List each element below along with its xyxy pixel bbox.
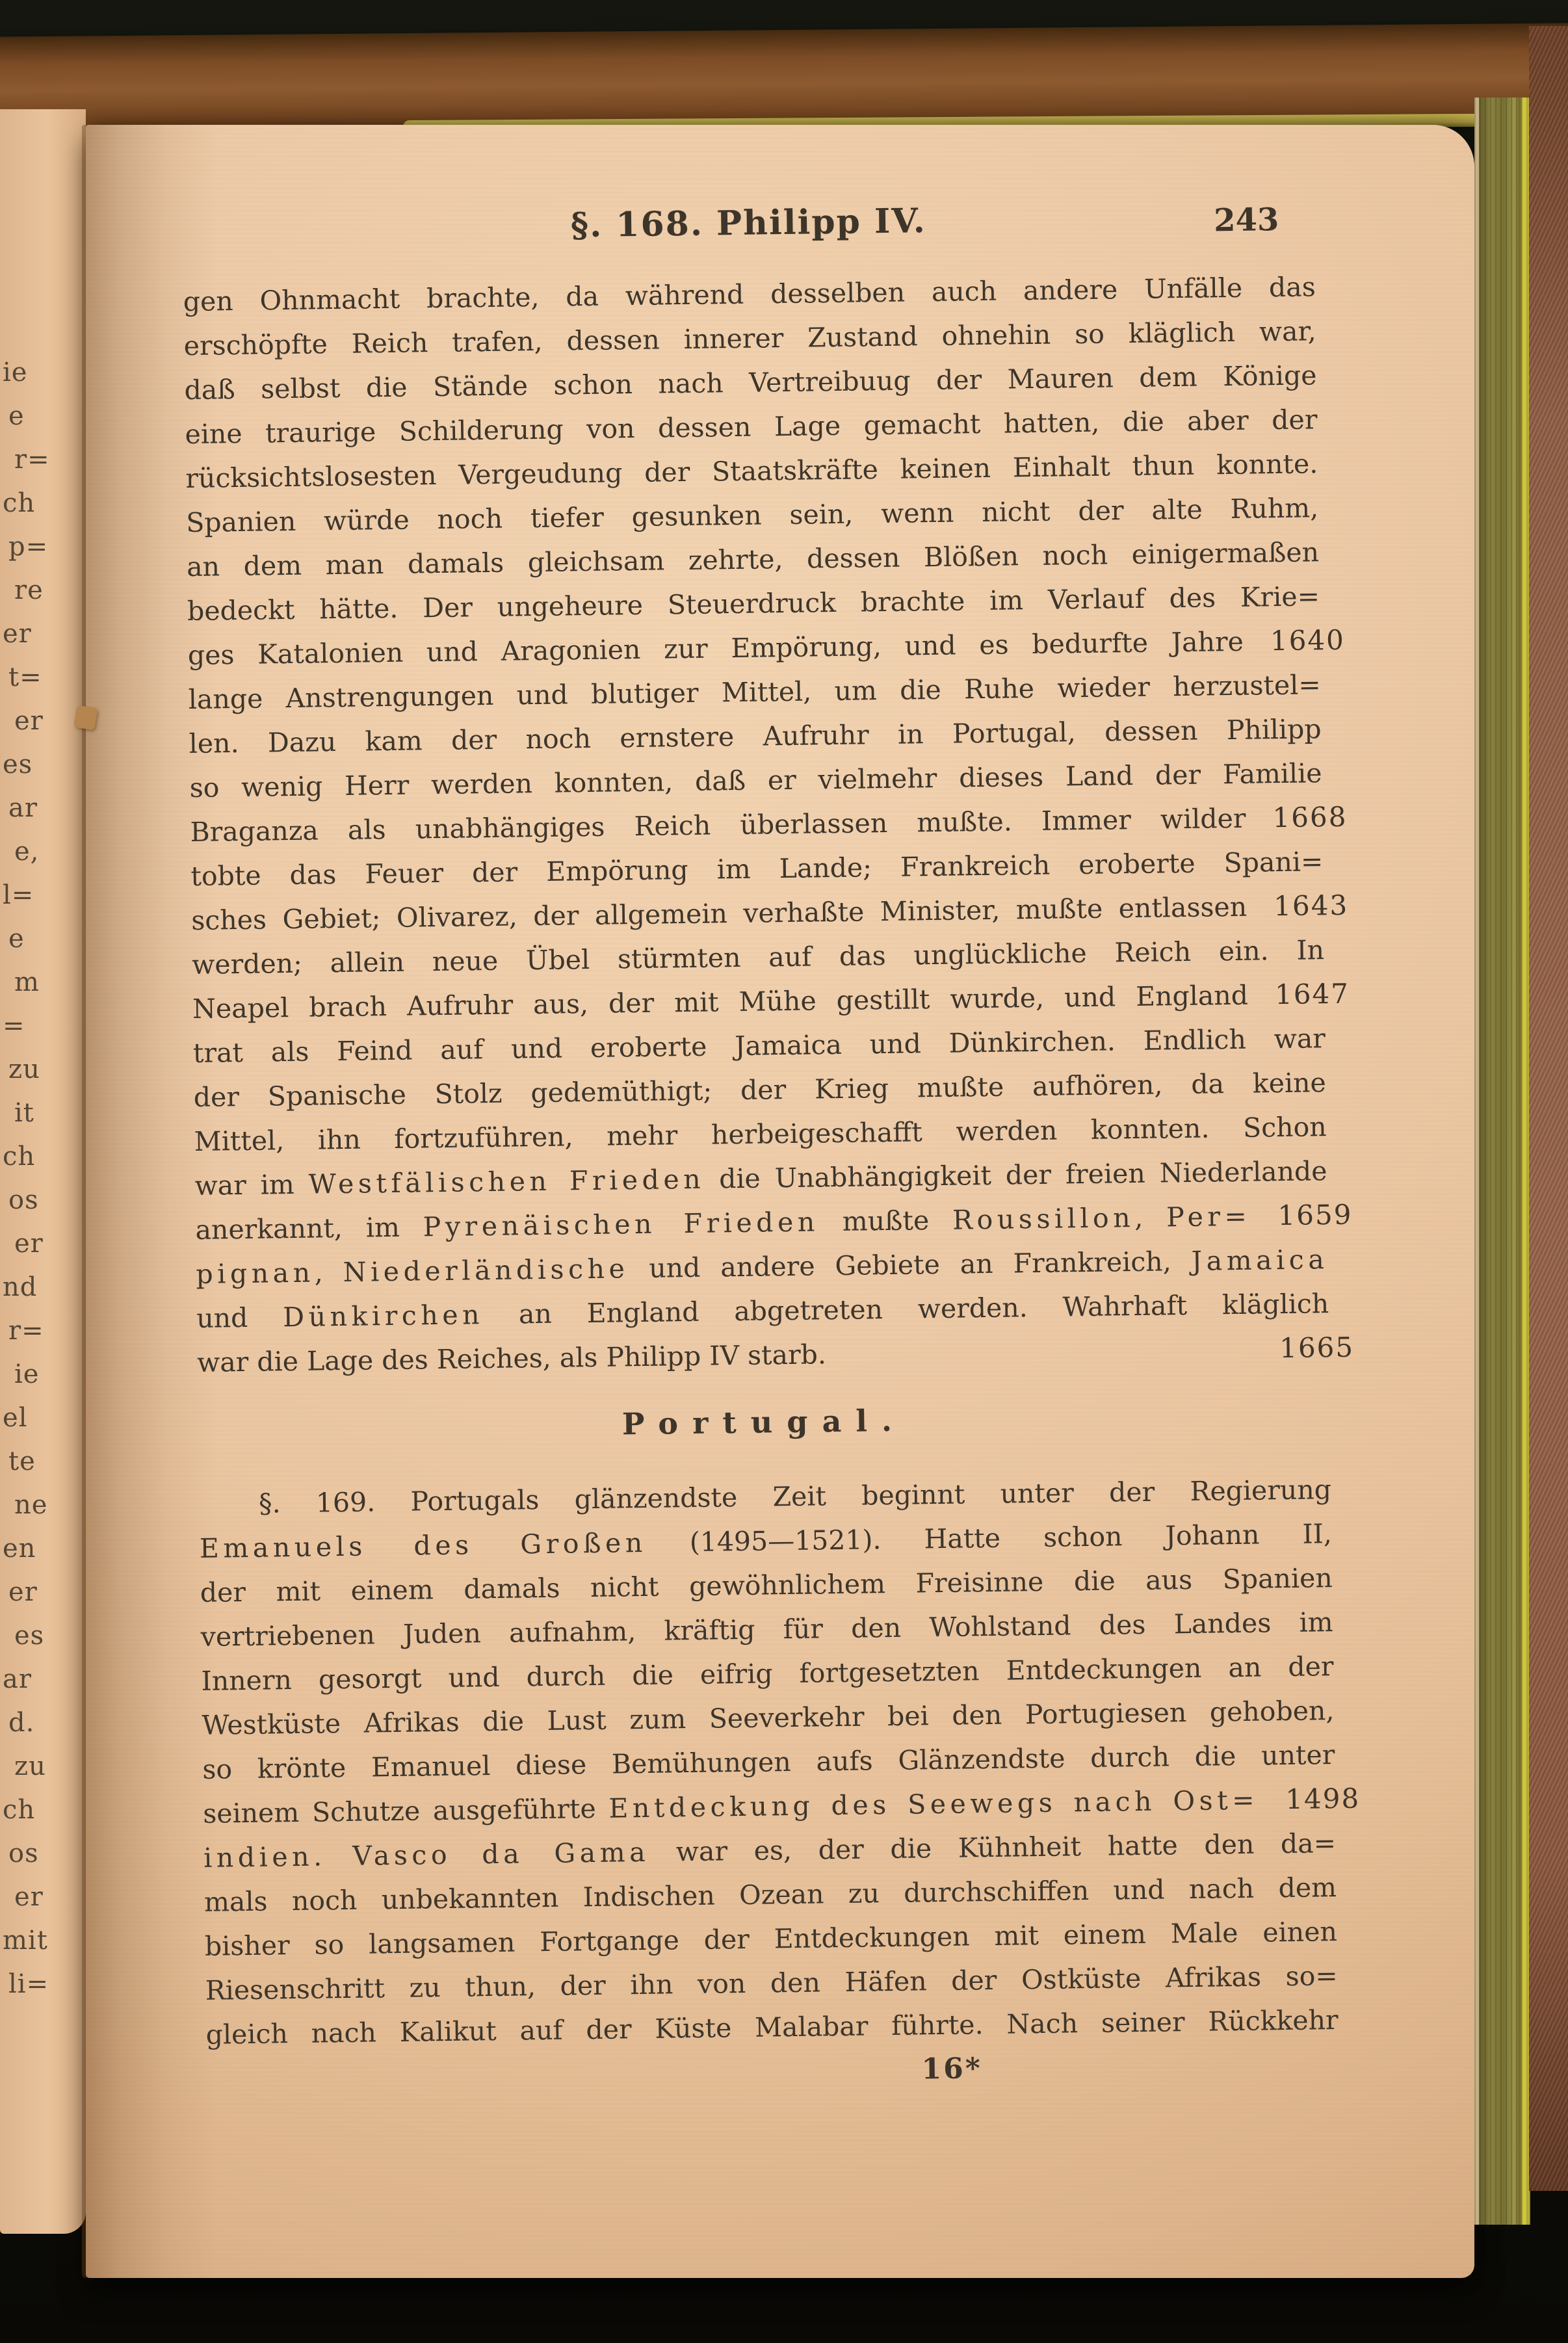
cut-off-text-fragment: l=: [3, 880, 34, 910]
cut-off-text-fragment: ie: [3, 358, 27, 387]
margin-year: 1668: [1272, 795, 1348, 840]
text-run: war die Lage des Reiches, als Philipp IV…: [197, 1339, 826, 1378]
page-content: §. 168. Philipp IV. 243 gen Ohnmacht bra…: [182, 180, 1339, 2095]
cut-off-text-fragment: zu: [14, 1751, 46, 1781]
text-run: Westküste Afrikas die Lust zum Seeverkeh…: [202, 1695, 1334, 1741]
cut-off-text-fragment: ie: [14, 1359, 39, 1389]
letterspaced-term: Entdeckung des Seewegs nach Ost=: [608, 1785, 1259, 1824]
signature-mark: 16*: [921, 2047, 1339, 2086]
text-run: der mit einem damals nicht gewöhnlichem …: [200, 1562, 1333, 1608]
cut-off-text-fragment: m: [14, 967, 40, 997]
margin-year: 1640: [1270, 618, 1345, 663]
cut-off-text-fragment: ne: [14, 1490, 47, 1520]
cut-off-text-fragment: es: [3, 750, 33, 779]
text-run: tobte das Feuer der Empörung im Lande; F…: [190, 846, 1323, 892]
letterspaced-term: Dünkirchen: [283, 1299, 484, 1333]
book-scan-photo: ieer=chp=reert=eresare,l=em=zuitchosernd…: [0, 0, 1568, 2343]
cut-off-text-fragment: en: [3, 1534, 36, 1564]
letterspaced-term: Niederländische: [343, 1253, 629, 1288]
text-run: anerkannt, im: [195, 1211, 423, 1246]
cut-off-text-fragment: t=: [8, 662, 42, 692]
cut-off-text-fragment: ar: [8, 793, 38, 823]
cut-off-text-fragment: ar: [3, 1664, 32, 1694]
cut-off-text-fragment: d.: [8, 1708, 34, 1738]
page-number: 243: [1213, 187, 1279, 253]
previous-page-edge: ieer=chp=reert=eresare,l=em=zuitchosernd…: [0, 109, 86, 2234]
cut-off-text-fragment: el: [3, 1403, 27, 1433]
text-run: bisher so langsamen Fortgange der Entdec…: [205, 1916, 1337, 1962]
cut-off-text-fragment: os: [8, 1185, 39, 1215]
text-run: (1495—1521). Hatte schon Johann II,: [646, 1518, 1332, 1558]
text-run: war im: [194, 1169, 309, 1201]
fore-edge-page-stack: [1474, 98, 1530, 2225]
cut-off-text-fragment: es: [14, 1621, 44, 1651]
book-page: §. 168. Philipp IV. 243 gen Ohnmacht bra…: [86, 125, 1474, 2278]
text-run: daß selbst die Stände schon nach Vertrei…: [184, 360, 1316, 406]
text-run: ,: [314, 1257, 343, 1289]
cut-off-text-fragment: er: [14, 1882, 44, 1912]
cut-off-text-fragment: e,: [14, 837, 39, 867]
text-run: mußte: [819, 1205, 953, 1238]
cut-off-text-fragment: re: [14, 575, 44, 605]
cut-off-text-fragment: ch: [3, 1142, 35, 1171]
text-run: Braganza als unabhängiges Reich überlass…: [190, 803, 1246, 848]
letterspaced-term: Roussillon: [952, 1202, 1135, 1236]
cut-off-text-fragment: ch: [3, 1795, 35, 1825]
text-run: war es, der die Kühnheit hatte den da=: [649, 1827, 1336, 1868]
text-run: §. 169. Portugals glänzendste Zeit begin…: [259, 1474, 1331, 1519]
text-run: Riesenschritt zu thun, der ihn von den H…: [205, 1960, 1338, 2006]
section-heading: §. 168. Philipp IV.: [182, 180, 1315, 267]
text-run: gleich nach Kalikut auf der Küste Malaba…: [205, 2004, 1338, 2050]
text-run: an England abgetreten werden. Wahrhaft k…: [484, 1288, 1329, 1330]
cut-off-text-fragment: er: [14, 1229, 44, 1259]
cut-off-text-fragment: e: [8, 924, 25, 954]
text-run: und: [196, 1302, 283, 1334]
cut-off-text-fragment: nd: [3, 1272, 37, 1302]
text-run: rücksichtslosesten Vergeudung der Staats…: [185, 448, 1318, 494]
text-run: ,: [1134, 1201, 1167, 1233]
text-run: Mittel, ihn fortzuführen, mehr herbeiges…: [194, 1111, 1326, 1157]
text-run: gen Ohnmacht brachte, da während desselb…: [183, 271, 1316, 317]
letterspaced-term: indien.: [203, 1840, 326, 1873]
paragraph-169: §. 169. Portugals glänzendste Zeit begin…: [199, 1467, 1339, 2057]
text-run: Neapel brach Aufruhr aus, der mit Mühe g…: [192, 980, 1248, 1025]
letterspaced-term: Jamaica: [1191, 1244, 1328, 1277]
margin-year: 1647: [1275, 972, 1350, 1017]
cut-off-text-fragment: =: [3, 1011, 25, 1041]
cut-off-text-fragment: er: [14, 706, 44, 736]
running-header: §. 168. Philipp IV. 243: [182, 180, 1316, 280]
cut-off-text-fragment: p=: [8, 532, 48, 562]
text-run: erschöpfte Reich trafen, dessen innerer …: [183, 315, 1316, 361]
margin-year: 1659: [1277, 1193, 1353, 1238]
cut-off-text-fragment: er: [8, 1577, 38, 1607]
text-run: eine traurige Schilderung von dessen Lag…: [185, 404, 1317, 450]
text-run: Innern gesorgt und durch die eifrig fort…: [201, 1651, 1333, 1697]
page-edge-stripes: [1474, 98, 1530, 2225]
text-run: trat als Feind auf und eroberte Jamaica …: [193, 1023, 1326, 1069]
text-run: sches Gebiet; Olivarez, der allgemein ve…: [191, 891, 1247, 936]
text-run: seinem Schutze ausgeführte: [203, 1793, 609, 1829]
paragraph-168: gen Ohnmacht brachte, da während desselb…: [183, 265, 1329, 1385]
cut-off-text-fragment: r=: [8, 1316, 44, 1346]
cut-off-text-fragment: er: [3, 619, 32, 649]
portugal-chapter-heading: Portugal.: [198, 1385, 1331, 1459]
margin-year: 1665: [1279, 1326, 1355, 1370]
cut-off-text-fragment: mit: [3, 1926, 48, 1956]
letterspaced-term: Emanuels des Großen: [200, 1527, 647, 1564]
cut-off-text-fragment: ch: [3, 488, 35, 518]
text-run: bedeckt hätte. Der ungeheure Steuerdruck…: [187, 581, 1320, 627]
text-run: vertriebenen Juden aufnahm, kräftig für …: [200, 1606, 1333, 1653]
text-run: lange Anstrengungen und blutiger Mittel,…: [189, 669, 1321, 715]
text-run: mals noch unbekannten Indischen Ozean zu…: [204, 1872, 1337, 1918]
cut-off-text-fragment: os: [8, 1839, 39, 1868]
text-run: [326, 1840, 352, 1872]
binding-thread: [74, 705, 98, 731]
margin-year: 1643: [1274, 884, 1349, 928]
cut-off-text-fragment: r=: [14, 445, 50, 475]
letterspaced-term: Vasco da Gama: [352, 1837, 649, 1872]
letterspaced-term: pignan: [196, 1257, 315, 1290]
cut-off-text-fragment: li=: [8, 1969, 49, 1999]
letterspaced-term: Westfälischen Frieden: [308, 1164, 705, 1200]
cut-off-text-fragment: e: [8, 401, 25, 431]
letterspaced-term: Per=: [1166, 1201, 1251, 1233]
cut-off-text-fragment: te: [8, 1446, 36, 1476]
text-run: so krönte Emanuel diese Bemühungen aufs …: [202, 1739, 1335, 1785]
text-run: so wenig Herr werden konnten, daß er vie…: [189, 757, 1322, 804]
text-run: werden; allein neue Übel stürmten auf da…: [192, 934, 1324, 980]
margin-year: 1498: [1285, 1777, 1361, 1822]
letterspaced-term: Pyrenäischen Frieden: [423, 1206, 819, 1242]
text-run: Spanien würde noch tiefer gesunken sein,…: [186, 492, 1318, 538]
text-run: der Spanische Stolz gedemüthigt; der Kri…: [194, 1067, 1326, 1113]
text-run: an dem man damals gleichsam zehrte, dess…: [187, 536, 1319, 582]
text-run: und andere Gebiete an Frankreich,: [629, 1246, 1192, 1284]
cut-off-text-fragment: it: [14, 1098, 34, 1128]
leather-cover-right: [1529, 26, 1568, 2191]
text-run: die Unabhängigkeit der freien Niederland…: [705, 1155, 1327, 1195]
text-run: ges Katalonien und Aragonien zur Empörun…: [188, 626, 1244, 671]
cut-off-text-fragment: zu: [8, 1054, 40, 1084]
text-run: len. Dazu kam der noch ernstere Aufruhr …: [189, 713, 1321, 759]
